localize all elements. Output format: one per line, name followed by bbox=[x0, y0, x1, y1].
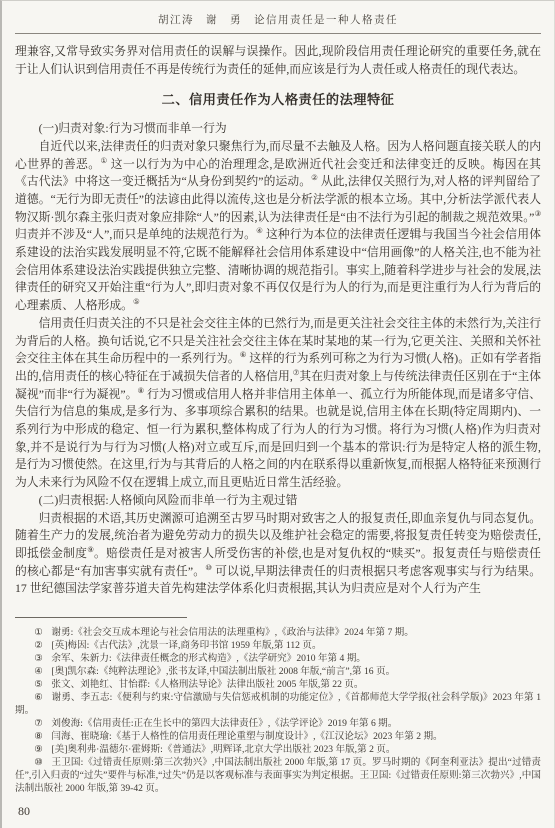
footnote-text: 余军、朱新力:《法律责任概念的形式构造》,《法学研究》2010 年第 4 期。 bbox=[51, 653, 365, 664]
page-number: 80 bbox=[18, 804, 30, 819]
footnote-marker: ② bbox=[34, 640, 43, 651]
footnote-text: 谢勇:《社会交互成本理论与社会信用法的法理重构》,《政治与法律》2024 年第 … bbox=[51, 627, 413, 638]
footnote-item: ④[奥]凯尔森:《纯粹法理论》,张书友译,中国法制出版社 2008 年版,“前言… bbox=[15, 665, 541, 678]
footnote-item: ⑤张文、刘艳红、甘怡群:《人格刑法导论》法律出版社 2005 年版,第 22 页… bbox=[15, 678, 541, 691]
footnotes-block: ①谢勇:《社会交互成本理论与社会信用法的法理重构》,《政治与法律》2024 年第… bbox=[15, 611, 541, 828]
footnote-text: [美]奥利弗·温德尔·霍姆斯:《普通法》,明辉译,北京大学出版社 2023 年版… bbox=[51, 744, 395, 755]
article-body: 理兼容,又常导致实务界对信用责任的误解与误操作。因此,现阶段信用责任理论研究的重… bbox=[15, 43, 541, 598]
section-heading: 二、信用责任作为人格责任的法理特征 bbox=[15, 91, 541, 109]
footnote-marker: ⑦ bbox=[34, 718, 43, 729]
subsection-2-heading: (二)归责根据:人格倾向风险而非单一行为主观过错 bbox=[15, 492, 541, 510]
subsection-1-heading: (一)归责对象:行为习惯而非单一行为 bbox=[15, 120, 541, 138]
footnote-marker: ③ bbox=[34, 653, 43, 664]
footnote-separator bbox=[15, 617, 187, 618]
footnote-marker: ① bbox=[34, 627, 43, 638]
footnote-text: 刘俊海:《信用责任:正在生长中的第四大法律责任》,《法学评论》2019 年第 6… bbox=[51, 718, 397, 729]
body-paragraph: 自近代以来,法律责任的归责对象只聚焦行为,而尽量不去触及人格。因为人格问题直接关… bbox=[15, 138, 541, 315]
footnote-item: ⑧闫海、崔晓瑜:《基于人格性的信用责任理论重塑与制度设计》,《江汉论坛》2023… bbox=[15, 730, 541, 743]
footnote-marker: ⑨ bbox=[34, 744, 43, 755]
footnote-text: 张文、刘艳红、甘怡群:《人格刑法导论》法律出版社 2005 年版,第 22 页。 bbox=[51, 679, 363, 690]
footnote-text: [奥]凯尔森:《纯粹法理论》,张书友译,中国法制出版社 2008 年版,“前言”… bbox=[51, 666, 395, 677]
body-paragraph: 信用责任归责关注的不只是社会交往主体的已然行为,而是更关注社会交往主体的未然行为… bbox=[15, 315, 541, 492]
footnote-text: 谢勇、李五志:《便利与约束:守信激励与失信惩戒机制的功能定位》,《首都师范大学学… bbox=[15, 692, 541, 716]
footnote-item: ⑥谢勇、李五志:《便利与约束:守信激励与失信惩戒机制的功能定位》,《首都师范大学… bbox=[15, 691, 541, 717]
footnote-marker: ⑥ bbox=[34, 692, 43, 703]
footnote-item: ⑦刘俊海:《信用责任:正在生长中的第四大法律责任》,《法学评论》2019 年第 … bbox=[15, 717, 541, 730]
running-head: 胡江涛 谢 勇 论信用责任是一种人格责任 bbox=[2, 1, 554, 27]
continuation-paragraph: 理兼容,又常导致实务界对信用责任的误解与误操作。因此,现阶段信用责任理论研究的重… bbox=[15, 43, 541, 78]
footnote-text: 王卫国:《过错责任原则:第三次勃兴》,中国法制出版社 2000 年版,第 17 … bbox=[15, 757, 541, 794]
footnote-marker: ⑩ bbox=[34, 757, 43, 768]
footnote-marker: ⑧ bbox=[34, 731, 43, 742]
footnote-marker: ④ bbox=[34, 666, 43, 677]
footnote-item: ①谢勇:《社会交互成本理论与社会信用法的法理重构》,《政治与法律》2024 年第… bbox=[15, 626, 541, 639]
footnote-text: [英]梅因:《古代法》,沈景一译,商务印书馆 1959 年版,第 112 页。 bbox=[51, 640, 321, 651]
body-paragraph: 归责根据的术语,其历史渊源可追溯至古罗马时期对致害之人的报复责任,即血亲复仇与同… bbox=[15, 510, 541, 599]
header-rule bbox=[15, 33, 541, 34]
scanned-paper-page: 胡江涛 谢 勇 论信用责任是一种人格责任 理兼容,又常导致实务界对信用责任的误解… bbox=[0, 0, 555, 828]
footnote-item: ⑨[美]奥利弗·温德尔·霍姆斯:《普通法》,明辉译,北京大学出版社 2023 年… bbox=[15, 743, 541, 756]
footnote-item: ②[英]梅因:《古代法》,沈景一译,商务印书馆 1959 年版,第 112 页。 bbox=[15, 639, 541, 652]
footnote-marker: ⑤ bbox=[34, 679, 43, 690]
footnote-item: ⑩王卫国:《过错责任原则:第三次勃兴》,中国法制出版社 2000 年版,第 17… bbox=[15, 756, 541, 795]
footnote-text: 闫海、崔晓瑜:《基于人格性的信用责任理论重塑与制度设计》,《江汉论坛》2023 … bbox=[51, 731, 442, 742]
footnote-item: ③余军、朱新力:《法律责任概念的形式构造》,《法学研究》2010 年第 4 期。 bbox=[15, 652, 541, 665]
